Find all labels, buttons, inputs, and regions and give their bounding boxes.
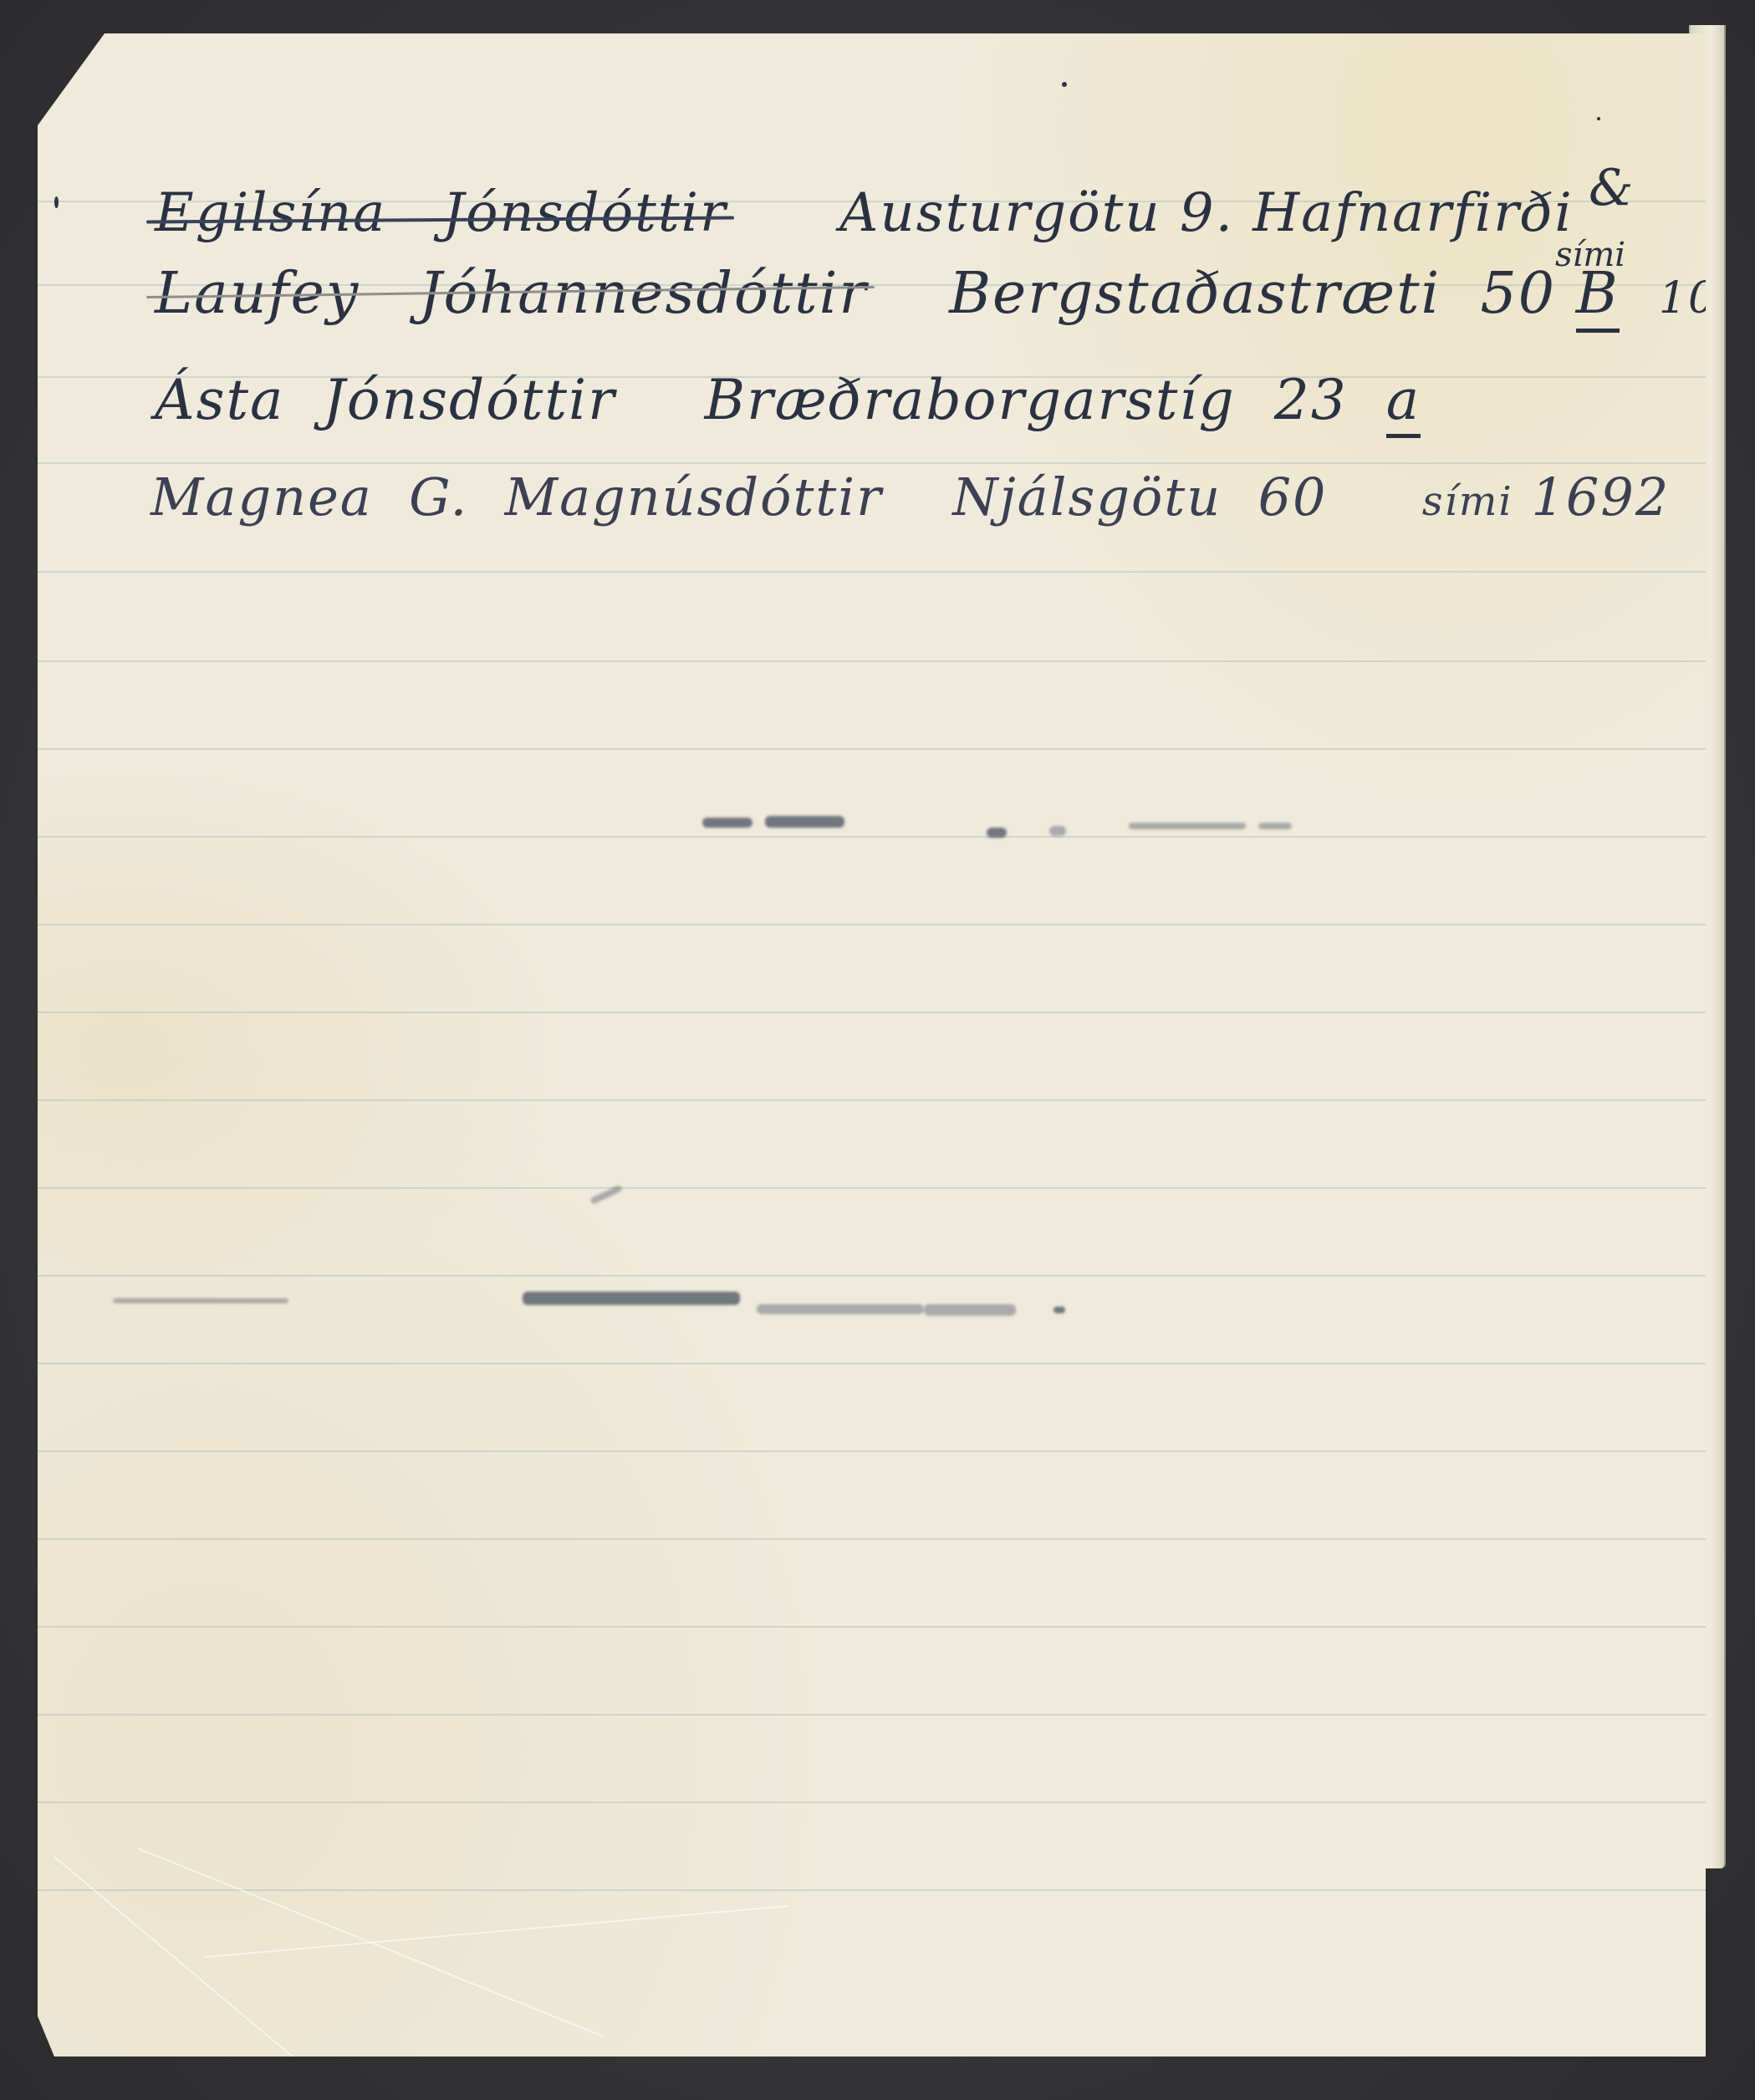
entry-2-first-name: Laufey — [155, 261, 360, 327]
flourish-mark: & — [1589, 159, 1633, 217]
ruled-line — [38, 836, 1706, 838]
ruled-line — [38, 1012, 1706, 1013]
entry-3-house-number: 23 — [1274, 368, 1348, 432]
ruled-line — [38, 1714, 1706, 1715]
ruled-line — [38, 1802, 1706, 1803]
entry-3: Ásta Jónsdóttir Bræðraborgarstíg 23 a — [155, 368, 1421, 432]
ruled-line — [38, 1187, 1706, 1189]
entry-3-last-name: Jónsdóttir — [323, 368, 615, 432]
entry-4: Magnea G. Magnúsdóttir Njálsgötu 60 sími… — [151, 466, 1670, 528]
ink-smudge — [702, 818, 753, 828]
entry-1: Egilsína Jónsdóttir Austurgötu 9. Hafnar… — [155, 182, 1574, 244]
ink-smudge — [1258, 823, 1292, 829]
stray-ink-dot — [1597, 117, 1600, 120]
entry-2-name: Laufey Jóhannesdóttir — [155, 261, 868, 327]
ruled-line — [38, 660, 1706, 662]
entry-3-street: Bræðraborgarstíg — [705, 368, 1236, 432]
ruled-line — [38, 1275, 1706, 1277]
ink-smudge — [924, 1304, 1016, 1316]
ink-smudge — [1129, 823, 1246, 829]
entry-2-phone-label: sími — [1555, 236, 1625, 274]
paper-sheet: Egilsína Jónsdóttir Austurgötu 9. Hafnar… — [38, 33, 1706, 2057]
entry-1-last-name: Jónsdóttir — [442, 182, 727, 244]
stray-ink-mark — [54, 196, 59, 208]
entry-4-middle-initial: G. — [409, 466, 468, 528]
ink-smudge — [987, 828, 1007, 838]
ruled-line — [38, 1626, 1706, 1628]
entry-1-name: Egilsína Jónsdóttir — [155, 182, 727, 244]
entry-2: Laufey Jóhannesdóttir Bergstaðastræti 50… — [155, 261, 1755, 327]
stray-ink-dot — [1062, 82, 1067, 87]
entry-4-phone-label: sími — [1422, 478, 1513, 525]
ruled-line — [38, 1099, 1706, 1101]
paper-crease — [205, 1905, 788, 1958]
ruled-line — [38, 462, 1706, 464]
ruled-line — [38, 1538, 1706, 1540]
entry-3-house-letter: a — [1386, 368, 1421, 438]
ruled-line — [38, 1889, 1706, 1891]
entry-3-first-name: Ásta — [155, 368, 284, 432]
entry-2-house-number: 50 — [1481, 261, 1557, 327]
ruled-line — [38, 571, 1706, 573]
entry-4-house-number: 60 — [1258, 466, 1328, 528]
entry-1-address: Austurgötu 9. Hafnarfirði — [839, 182, 1573, 244]
ink-smudge — [757, 1304, 924, 1314]
entry-4-phone: 1692 — [1531, 466, 1670, 528]
ink-smudge — [765, 816, 844, 828]
ruled-line — [38, 1450, 1706, 1452]
ruled-line — [38, 748, 1706, 750]
entry-4-last-name: Magnúsdóttir — [505, 466, 883, 528]
entry-2-street: Bergstaðastræti — [949, 261, 1441, 327]
entry-2-last-name: Jóhannesdóttir — [419, 261, 868, 327]
entry-4-street: Njálsgötu — [952, 466, 1222, 528]
entry-4-first-name: Magnea — [151, 466, 373, 528]
entry-1-first-name: Egilsína — [155, 182, 386, 244]
ink-smudge — [1049, 826, 1066, 836]
ruled-line — [38, 1363, 1706, 1364]
ink-smudge — [1054, 1307, 1065, 1313]
ink-smudge — [113, 1298, 288, 1303]
ruled-line — [38, 924, 1706, 925]
ink-smudge — [523, 1292, 740, 1305]
